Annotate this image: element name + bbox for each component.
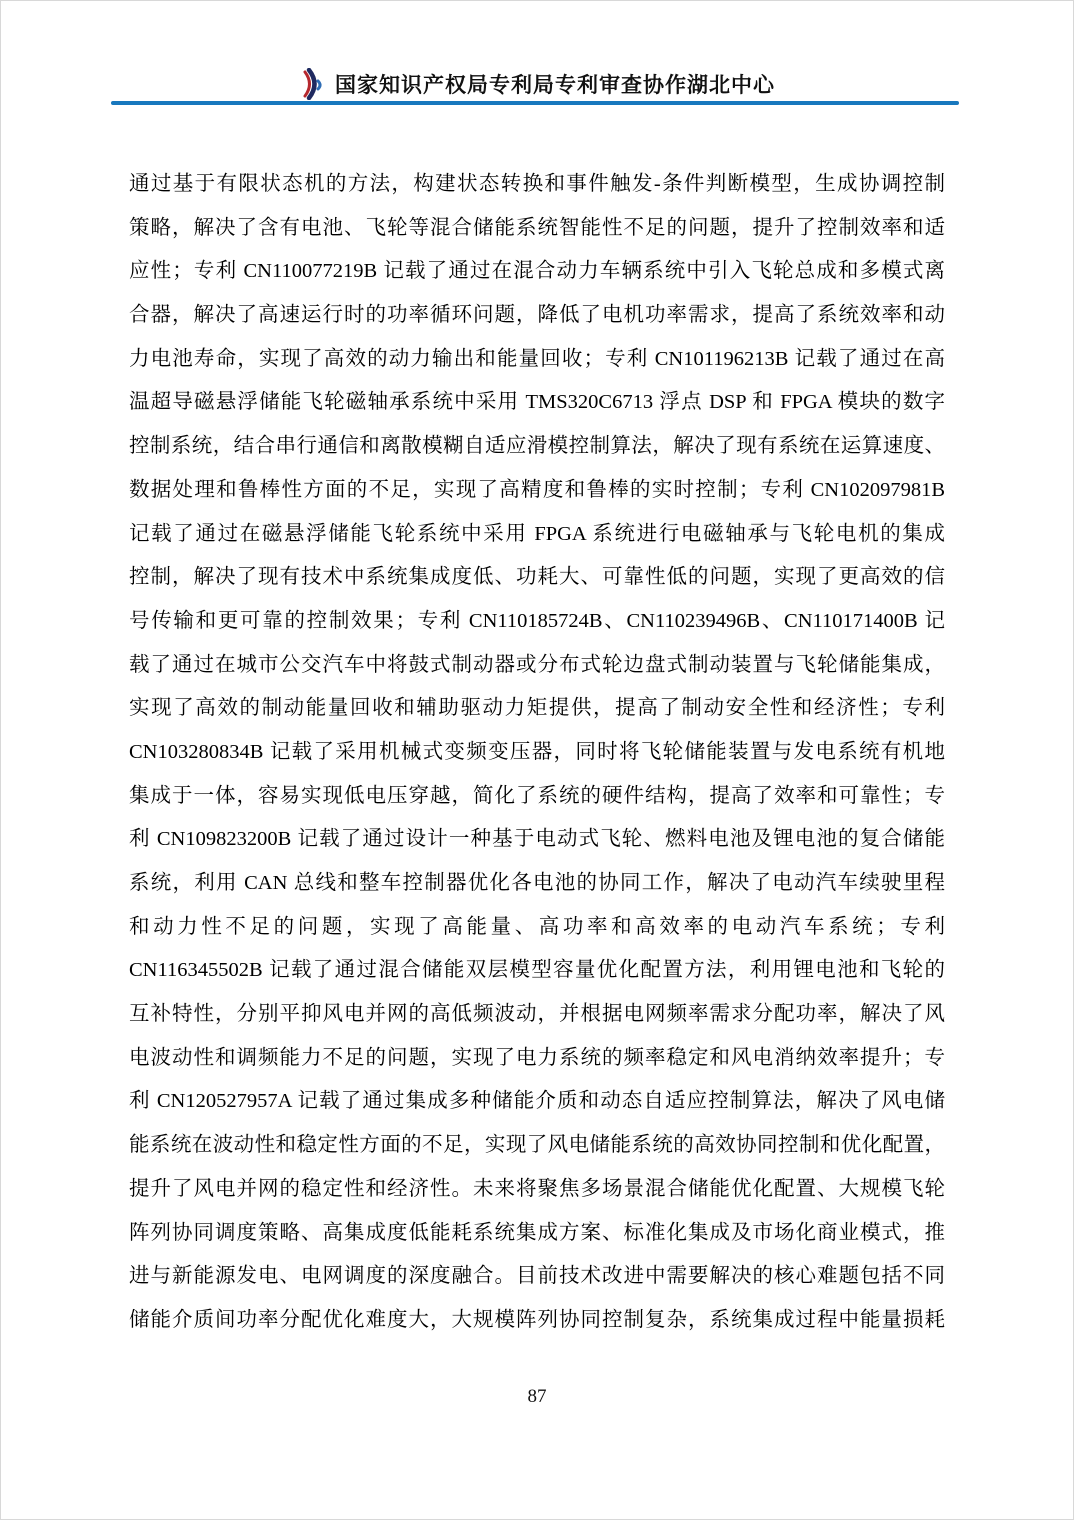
header-rule <box>111 101 959 105</box>
text-line: 提升了风电并网的稳定性和经济性。未来将聚焦多场景混合储能优化配置、大规模飞轮 <box>129 1168 945 1212</box>
text-line: 通过基于有限状态机的方法，构建状态转换和事件触发-条件判断模型，生成协调控制 <box>129 163 945 207</box>
text-line: 力电池寿命，实现了高效的动力输出和能量回收；专利 CN101196213B 记载… <box>129 338 945 382</box>
text-line: 控制系统，结合串行通信和离散模糊自适应滑模控制算法，解决了现有系统在运算速度、 <box>129 425 945 469</box>
text-line: 储能介质间功率分配优化难度大，大规模阵列协同控制复杂，系统集成过程中能量损耗 <box>129 1299 945 1343</box>
text-line: 应性；专利 CN110077219B 记载了通过在混合动力车辆系统中引入飞轮总成… <box>129 250 945 294</box>
text-line: CN103280834B 记载了采用机械式变频变压器，同时将飞轮储能装置与发电系… <box>129 731 945 775</box>
text-line: 集成于一体，容易实现低电压穿越，简化了系统的硬件结构，提高了效率和可靠性；专 <box>129 775 945 819</box>
text-line: 互补特性，分别平抑风电并网的高低频波动，并根据电网频率需求分配功率，解决了风 <box>129 993 945 1037</box>
text-line: 数据处理和鲁棒性方面的不足，实现了高精度和鲁棒的实时控制；专利 CN102097… <box>129 469 945 513</box>
text-line: 策略，解决了含有电池、飞轮等混合储能系统智能性不足的问题，提升了控制效率和适 <box>129 207 945 251</box>
page-number: 87 <box>1 1386 1073 1408</box>
text-line: 系统，利用 CAN 总线和整车控制器优化各电池的协同工作，解决了电动汽车续驶里程 <box>129 862 945 906</box>
header-title: 国家知识产权局专利局专利审查协作湖北中心 <box>335 69 775 99</box>
text-line: 记载了通过在磁悬浮储能飞轮系统中采用 FPGA 系统进行电磁轴承与飞轮电机的集成 <box>129 513 945 557</box>
text-line: 温超导磁悬浮储能飞轮磁轴承系统中采用 TMS320C6713 浮点 DSP 和 … <box>129 381 945 425</box>
text-line: 合器，解决了高速运行时的功率循环问题，降低了电机功率需求，提高了系统效率和动 <box>129 294 945 338</box>
document-page: 国家知识产权局专利局专利审查协作湖北中心 通过基于有限状态机的方法，构建状态转换… <box>0 0 1074 1520</box>
text-line: 和动力性不足的问题，实现了高能量、高功率和高效率的电动汽车系统；专利 <box>129 906 945 950</box>
text-line: 载了通过在城市公交汽车中将鼓式制动器或分布式轮边盘式制动装置与飞轮储能集成， <box>129 644 945 688</box>
sipo-logo-icon <box>299 68 323 100</box>
text-line: 利 CN109823200B 记载了通过设计一种基于电动式飞轮、燃料电池及锂电池… <box>129 818 945 862</box>
text-line: 控制，解决了现有技术中系统集成度低、功耗大、可靠性低的问题，实现了更高效的信 <box>129 556 945 600</box>
text-line: 号传输和更可靠的控制效果；专利 CN110185724B、CN110239496… <box>129 600 945 644</box>
text-line: 阵列协同调度策略、高集成度低能耗系统集成方案、标准化集成及市场化商业模式，推 <box>129 1212 945 1256</box>
text-line: CN116345502B 记载了通过混合储能双层模型容量优化配置方法，利用锂电池… <box>129 949 945 993</box>
text-line: 能系统在波动性和稳定性方面的不足，实现了风电储能系统的高效协同控制和优化配置， <box>129 1124 945 1168</box>
body-text: 通过基于有限状态机的方法，构建状态转换和事件触发-条件判断模型，生成协调控制 策… <box>129 163 945 1343</box>
text-line: 利 CN120527957A 记载了通过集成多种储能介质和动态自适应控制算法，解… <box>129 1080 945 1124</box>
text-line: 电波动性和调频能力不足的问题，实现了电力系统的频率稳定和风电消纳效率提升；专 <box>129 1037 945 1081</box>
page-header: 国家知识产权局专利局专利审查协作湖北中心 <box>1 67 1073 101</box>
text-line: 实现了高效的制动能量回收和辅助驱动力矩提供，提高了制动安全性和经济性；专利 <box>129 687 945 731</box>
text-line: 进与新能源发电、电网调度的深度融合。目前技术改进中需要解决的核心难题包括不同 <box>129 1255 945 1299</box>
